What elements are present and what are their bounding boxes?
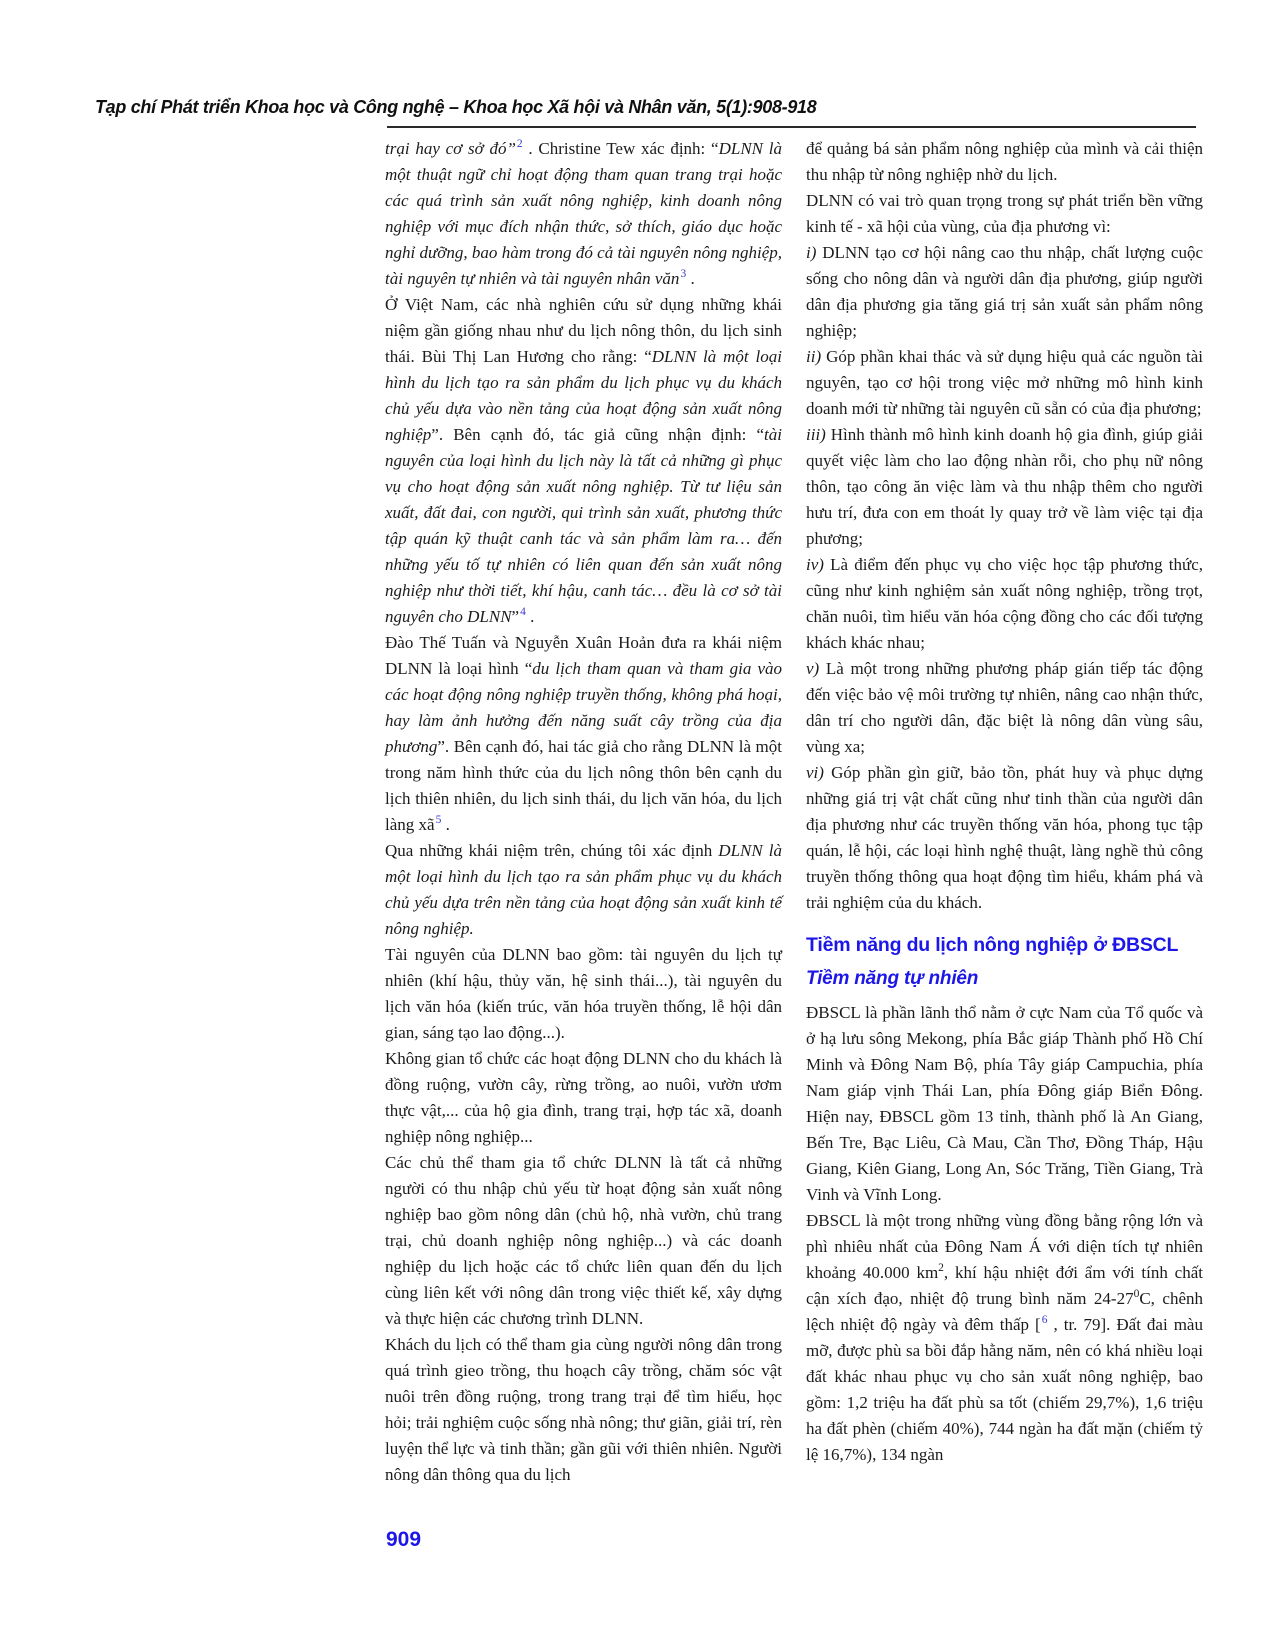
- paragraph: iii) Hình thành mô hình kinh doanh hộ gi…: [806, 422, 1203, 552]
- text-run: .: [686, 269, 695, 288]
- journal-page: Tạp chí Phát triển Khoa học và Công nghệ…: [0, 0, 1276, 1649]
- text-run: DLNN có vai trò quan trọng trong sự phát…: [806, 191, 1203, 236]
- citation-reference[interactable]: 3: [679, 268, 686, 280]
- text-run: Các chủ thể tham gia tổ chức DLNN là tất…: [385, 1153, 782, 1328]
- paragraph: ĐBSCL là một trong những vùng đồng bằng …: [806, 1208, 1203, 1468]
- text-run: Góp phần gìn giữ, bảo tồn, phát huy và p…: [806, 763, 1203, 912]
- text-run: .: [441, 815, 450, 834]
- text-run: iv): [806, 555, 824, 574]
- superscript: 2: [938, 1262, 944, 1274]
- page-number: 909: [386, 1528, 421, 1552]
- paragraph: DLNN có vai trò quan trọng trong sự phát…: [806, 188, 1203, 240]
- text-run: DLNN tạo cơ hội nâng cao thu nhập, chất …: [806, 243, 1203, 340]
- text-run: Khách du lịch có thể tham gia cùng người…: [385, 1335, 782, 1484]
- text-run: DLNN là một thuật ngữ chỉ hoạt động tham…: [385, 139, 782, 288]
- text-run: ”: [512, 607, 520, 626]
- text-run: Không gian tổ chức các hoạt động DLNN ch…: [385, 1049, 782, 1146]
- text-run: ĐBSCL là phần lãnh thổ nằm ở cực Nam của…: [806, 1003, 1203, 1204]
- text-run: . Christine Tew xác định: “: [523, 139, 719, 158]
- text-run: Tài nguyên của DLNN bao gồm: tài nguyên …: [385, 945, 782, 1042]
- paragraph: ii) Góp phần khai thác và sử dụng hiệu q…: [806, 344, 1203, 422]
- text-run: ”. Bên cạnh đó, tác giả cũng nhận định: …: [431, 425, 764, 444]
- text-run: ii): [806, 347, 821, 366]
- text-run: vi): [806, 763, 824, 782]
- paragraph: Đào Thế Tuấn và Nguyễn Xuân Hoản đưa ra …: [385, 630, 782, 838]
- text-run: iii): [806, 425, 826, 444]
- text-run: , tr. 79]. Đất đai màu mỡ, được phù sa b…: [806, 1315, 1203, 1464]
- paragraph: Tài nguyên của DLNN bao gồm: tài nguyên …: [385, 942, 782, 1046]
- right-column: để quảng bá sản phẩm nông nghiệp của mìn…: [806, 136, 1203, 1468]
- text-run: Hình thành mô hình kinh doanh hộ gia đìn…: [806, 425, 1203, 548]
- citation-reference[interactable]: 6: [1041, 1314, 1048, 1326]
- text-run: Là điểm đến phục vụ cho việc học tập phư…: [806, 555, 1203, 652]
- paragraph: iv) Là điểm đến phục vụ cho việc học tập…: [806, 552, 1203, 656]
- text-run: .: [526, 607, 535, 626]
- superscript: 0: [1134, 1288, 1140, 1300]
- text-run: v): [806, 659, 819, 678]
- paragraph: Các chủ thể tham gia tổ chức DLNN là tất…: [385, 1150, 782, 1332]
- text-run: tài nguyên của loại hình du lịch này là …: [385, 425, 782, 626]
- text-run: để quảng bá sản phẩm nông nghiệp của mìn…: [806, 139, 1203, 184]
- text-run: i): [806, 243, 816, 262]
- text-run: Góp phần khai thác và sử dụng hiệu quả c…: [806, 347, 1203, 418]
- paragraph: v) Là một trong những phương pháp gián t…: [806, 656, 1203, 760]
- header-rule: [387, 126, 1196, 128]
- paragraph: Không gian tổ chức các hoạt động DLNN ch…: [385, 1046, 782, 1150]
- paragraph: i) DLNN tạo cơ hội nâng cao thu nhập, ch…: [806, 240, 1203, 344]
- paragraph: Khách du lịch có thể tham gia cùng người…: [385, 1332, 782, 1488]
- citation-reference[interactable]: 2: [516, 138, 523, 150]
- paragraph: trại hay cơ sở đó”2 . Christine Tew xác …: [385, 136, 782, 292]
- left-column: trại hay cơ sở đó”2 . Christine Tew xác …: [385, 136, 782, 1488]
- text-run: Qua những khái niệm trên, chúng tôi xác …: [385, 841, 718, 860]
- section-subheading: Tiềm năng tự nhiên: [806, 966, 1203, 991]
- citation-reference[interactable]: 5: [435, 814, 442, 826]
- text-run: trại hay cơ sở đó”: [385, 139, 516, 158]
- section-heading: Tiềm năng du lịch nông nghiệp ở ĐBSCL: [806, 932, 1203, 958]
- running-header: Tạp chí Phát triển Khoa học và Công nghệ…: [95, 96, 832, 118]
- paragraph: ĐBSCL là phần lãnh thổ nằm ở cực Nam của…: [806, 1000, 1203, 1208]
- text-run: Là một trong những phương pháp gián tiếp…: [806, 659, 1203, 756]
- paragraph: vi) Góp phần gìn giữ, bảo tồn, phát huy …: [806, 760, 1203, 916]
- paragraph: để quảng bá sản phẩm nông nghiệp của mìn…: [806, 136, 1203, 188]
- paragraph: Ở Việt Nam, các nhà nghiên cứu sử dụng n…: [385, 292, 782, 630]
- citation-reference[interactable]: 4: [519, 606, 526, 618]
- paragraph: Qua những khái niệm trên, chúng tôi xác …: [385, 838, 782, 942]
